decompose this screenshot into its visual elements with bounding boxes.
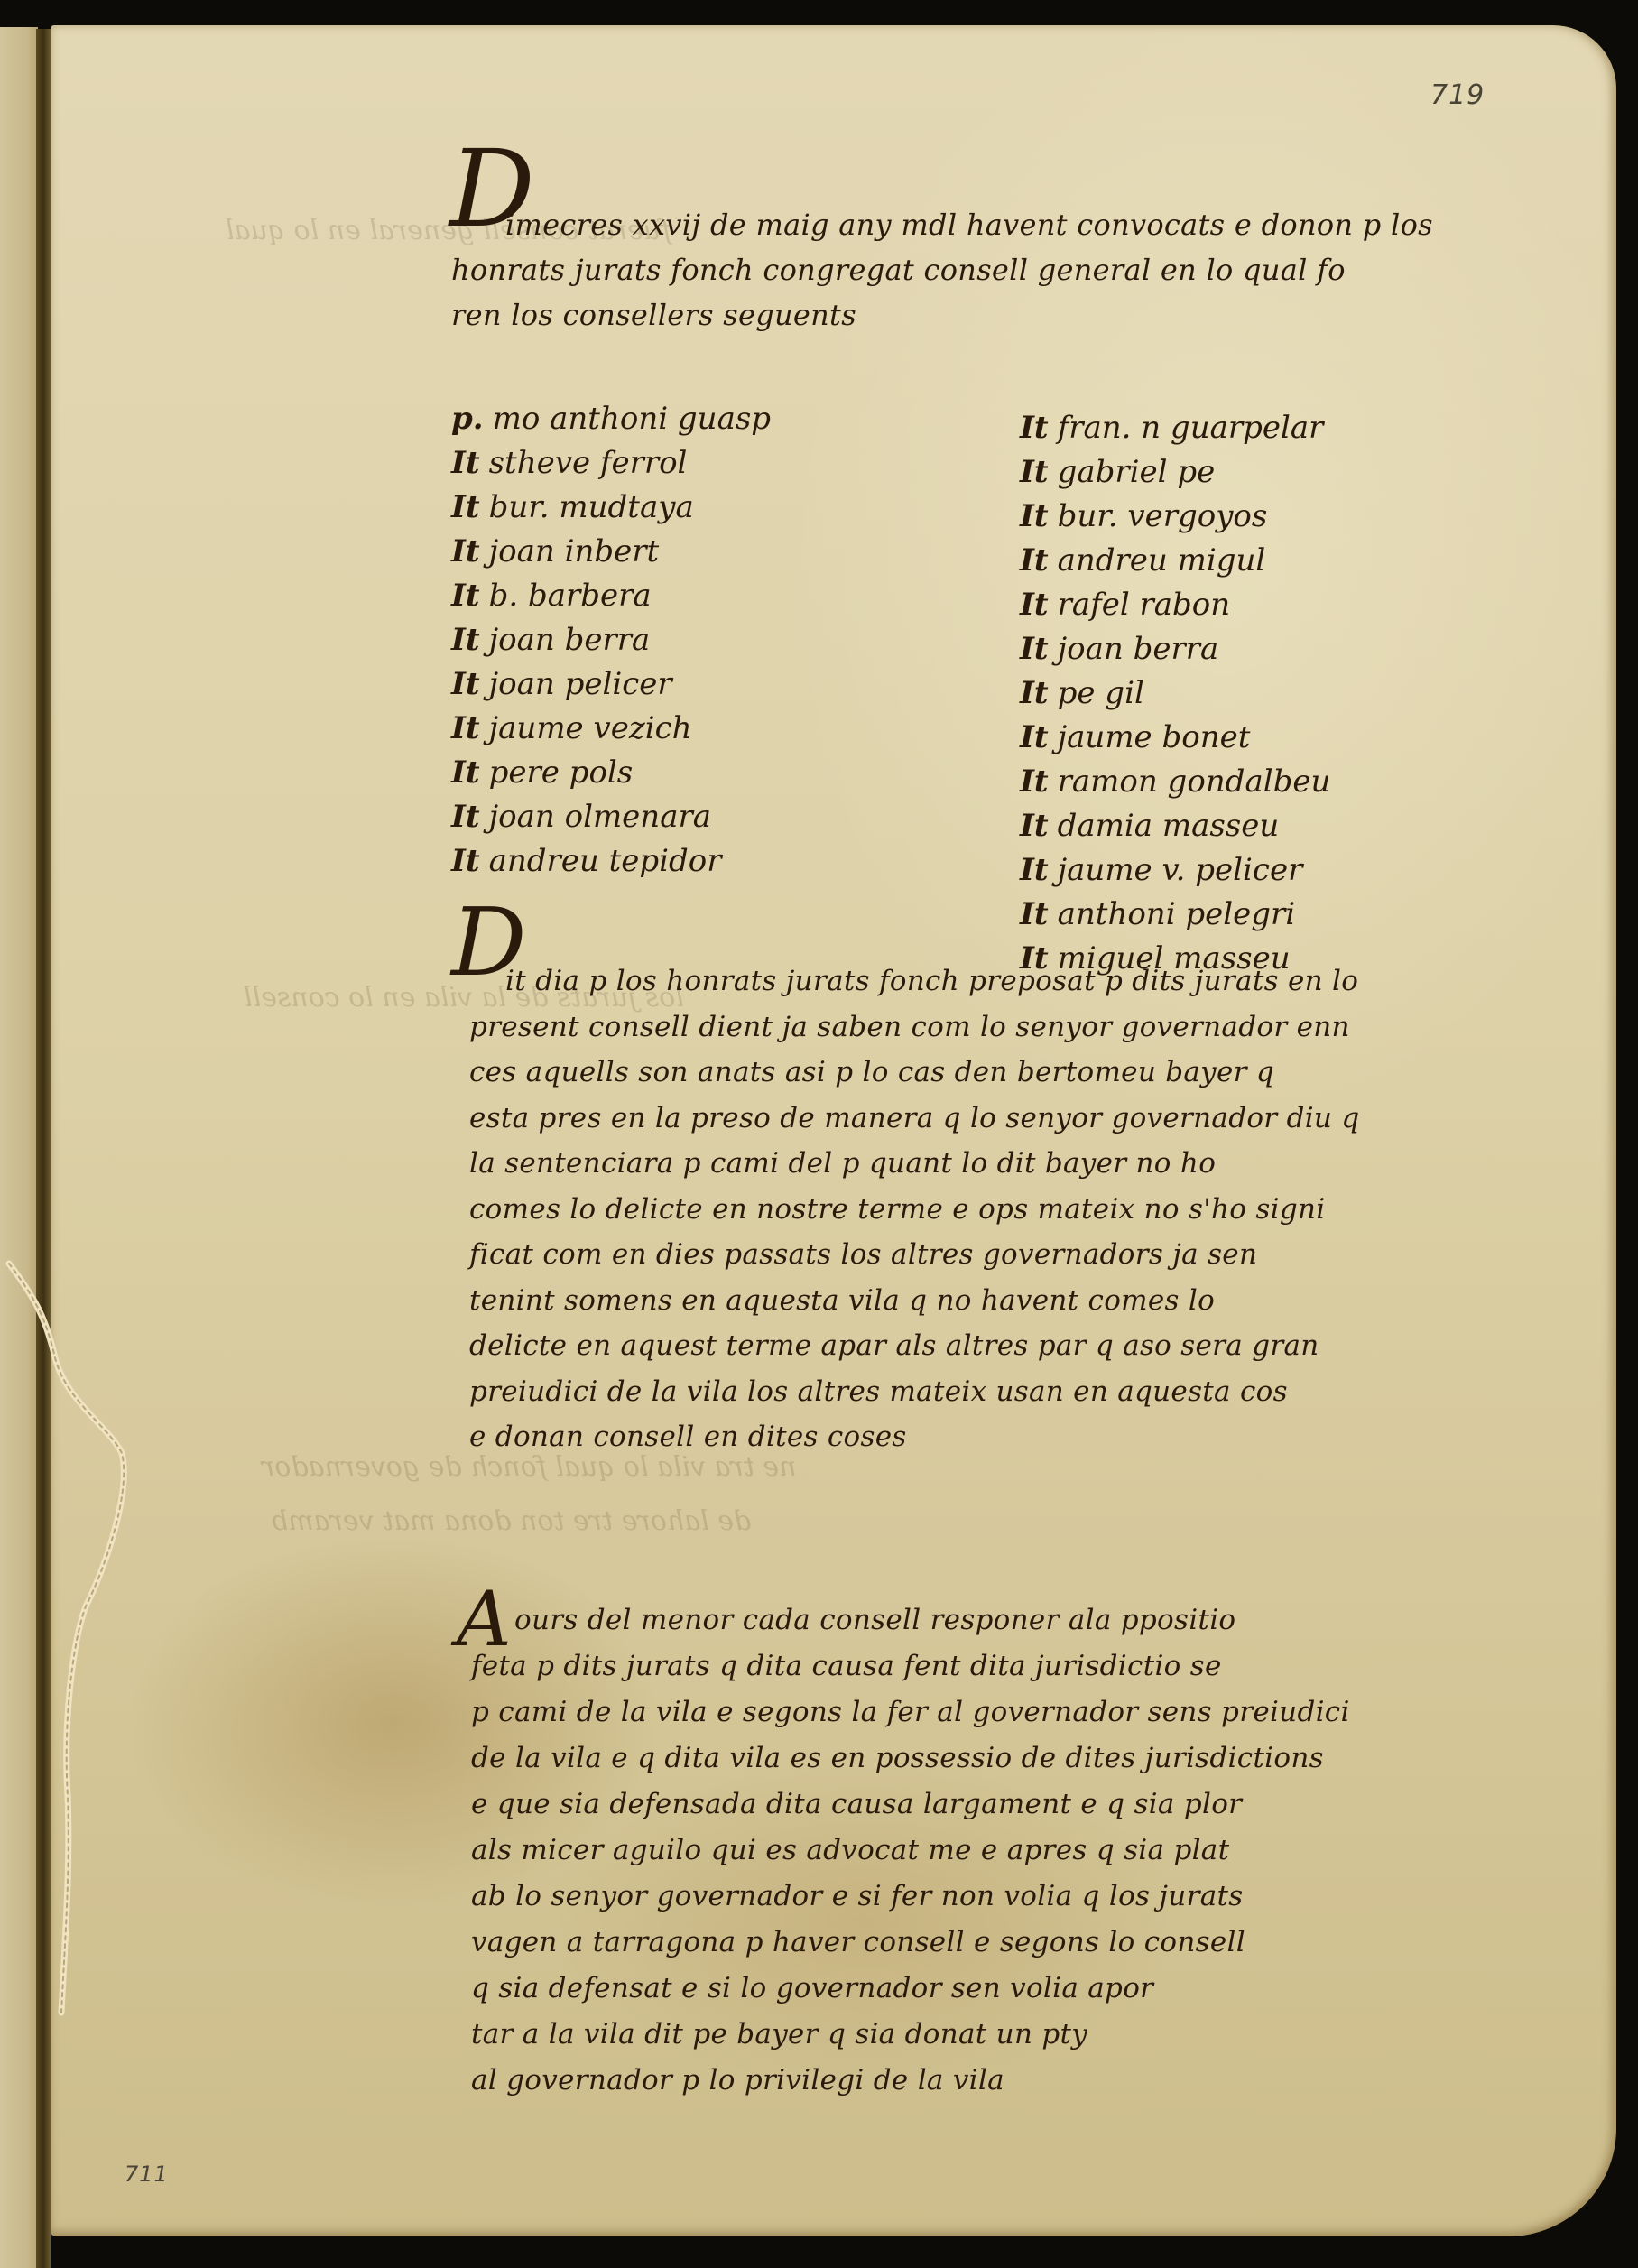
proposal-line: delicte en aquest terme apar als altres … <box>469 1323 1360 1369</box>
proposal-line: preiudici de la vila los altres mateix u… <box>469 1369 1360 1415</box>
resolution-line: tar a la vila dit pe bayer q sia donat u… <box>471 2012 1350 2058</box>
proposal-line: la sentenciara p cami del p quant lo dit… <box>469 1141 1360 1187</box>
proposal-line: e donan consell en dites coses <box>469 1414 1360 1460</box>
resolution-line: feta p dits jurats q dita causa fent dit… <box>471 1643 1350 1689</box>
councillors-left-column: p.mo anthoni guasp Itstheve ferrol Itbur… <box>451 397 771 884</box>
proposal-line: it dia p los honrats jurats fonch prepos… <box>505 958 1360 1004</box>
councillor-entry: Itjoan berra <box>451 618 771 662</box>
resolution-line: p cami de la vila e segons la fer al gov… <box>471 1689 1350 1736</box>
proposal-line: comes lo delicte en nostre terme e ops m… <box>469 1187 1360 1233</box>
councillor-entry: Itramon gondalbeu <box>1020 760 1330 804</box>
councillor-entry: p.mo anthoni guasp <box>451 397 771 441</box>
proposal-line: ficat com en dies passats los altres gov… <box>469 1232 1360 1278</box>
heading-paragraph: imecres xxvij de maig any mdl havent con… <box>505 202 1433 338</box>
proposal-line: ces aquells son anats asi p lo cas den b… <box>469 1050 1360 1096</box>
councillor-entry: Itbur. vergoyos <box>1020 495 1330 539</box>
resolution-line: e que sia defensada dita causa largament… <box>471 1782 1350 1828</box>
folio-number-bottom: 711 <box>125 2162 169 2187</box>
councillor-entry: Itgabriel pe <box>1020 450 1330 495</box>
councillor-entry: Itandreu migul <box>1020 539 1330 583</box>
show-through-text: de lahore tre ton dona mat veramb <box>271 1498 751 1545</box>
councillor-entry: Itjaume bonet <box>1020 716 1330 760</box>
proposal-line: present consell dient ja saben com lo se… <box>469 1004 1360 1051</box>
councillor-entry: Itdamia masseu <box>1020 804 1330 848</box>
resolution-line: ab lo senyor governador e si fer non vol… <box>471 1874 1350 1920</box>
resolution-line: q sia defensat e si lo governador sen vo… <box>471 1966 1350 2012</box>
resolution-line: de la vila e q dita vila es en possessio… <box>471 1736 1350 1782</box>
councillors-right-column: Itfran. n guarpelar Itgabriel pe Itbur. … <box>1020 406 1330 981</box>
heading-line: imecres xxvij de maig any mdl havent con… <box>505 202 1433 247</box>
councillor-entry: Itanthoni pelegri <box>1020 893 1330 937</box>
binding-string-icon <box>0 1218 144 2031</box>
resolution-paragraph: ours del menor cada consell responer ala… <box>471 1597 1350 2104</box>
councillor-entry: Itbur. mudtaya <box>451 486 771 530</box>
councillor-entry: Itjaume vezich <box>451 707 771 751</box>
councillor-entry: Itjoan pelicer <box>451 662 771 707</box>
resolution-line: vagen a tarragona p haver consell e sego… <box>471 1920 1350 1966</box>
resolution-line: al governador p lo privilegi de la vila <box>471 2058 1350 2104</box>
councillor-entry: Itstheve ferrol <box>451 441 771 486</box>
councillor-entry: Itpe gil <box>1020 671 1330 716</box>
heading-line: ren los consellers seguents <box>451 292 1433 338</box>
councillor-entry: Itjoan inbert <box>451 530 771 574</box>
councillor-entry: Itrafel rabon <box>1020 583 1330 627</box>
heading-line: honrats jurats fonch congregat consell g… <box>451 247 1433 292</box>
proposal-paragraph: it dia p los honrats jurats fonch prepos… <box>469 958 1360 1460</box>
councillor-entry: Itpere pols <box>451 751 771 795</box>
councillor-entry: Itjoan berra <box>1020 627 1330 671</box>
councillor-entry: Itjaume v. pelicer <box>1020 848 1330 893</box>
proposal-line: tenint somens en aquesta vila q no haven… <box>469 1278 1360 1324</box>
folio-number-top: 719 <box>1430 79 1485 111</box>
councillor-entry: Itfran. n guarpelar <box>1020 406 1330 450</box>
resolution-line: als micer aguilo qui es advocat me e apr… <box>471 1828 1350 1874</box>
proposal-line: esta pres en la preso de manera q lo sen… <box>469 1096 1360 1142</box>
resolution-line: ours del menor cada consell responer ala… <box>514 1597 1350 1643</box>
councillor-entry: Itb. barbera <box>451 574 771 618</box>
councillor-entry: Itjoan olmenara <box>451 795 771 839</box>
councillor-entry: Itandreu tepidor <box>451 839 771 884</box>
